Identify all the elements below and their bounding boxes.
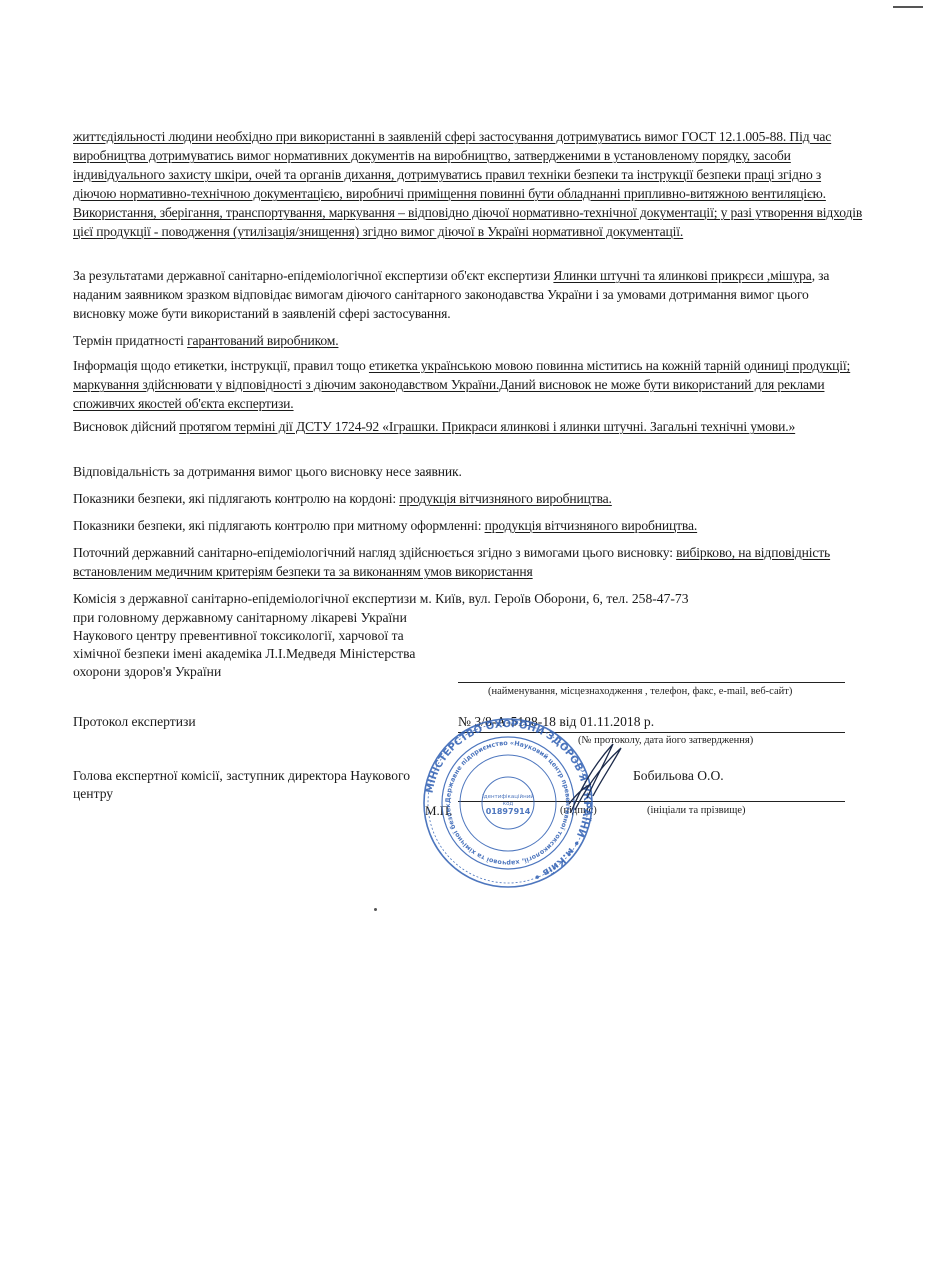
- text: Інформація щодо етикетки, інструкції, пр…: [73, 358, 369, 373]
- paragraph-safety-requirements: життєдіяльності людини необхідно при вик…: [73, 127, 863, 241]
- paragraph-supervision: Поточний державний санітарно-епідеміолог…: [73, 543, 863, 581]
- text: За результатами державної санітарно-епід…: [73, 268, 553, 283]
- signatory-title-line-2: центру: [73, 786, 113, 802]
- text: Показники безпеки, які підлягають контро…: [73, 518, 485, 533]
- paragraph-customs-control: Показники безпеки, які підлягають контро…: [73, 516, 863, 535]
- customs-control-value: продукція вітчизняного виробництва.: [485, 518, 698, 533]
- text: Термін придатності: [73, 333, 187, 348]
- svg-text:01897914: 01897914: [486, 807, 531, 816]
- signatory-title-line-1: Голова експертної комісії, заступник дир…: [73, 768, 410, 784]
- shelf-life-value: гарантований виробником.: [187, 333, 338, 348]
- scan-artifact-dot: [374, 908, 377, 911]
- paragraph-expertise-result: За результатами державної санітарно-епід…: [73, 266, 863, 323]
- paragraph-responsibility: Відповідальність за дотримання вимог цьо…: [73, 462, 863, 481]
- text: Висновок дійсний: [73, 419, 179, 434]
- commission-caption: (найменування, місцезнаходження , телефо…: [488, 686, 792, 697]
- signatory-name: Бобильова О.О.: [633, 768, 724, 784]
- commission-line-4: хімічної безпеки імені академіка Л.І.Мед…: [73, 646, 415, 662]
- text: Поточний державний санітарно-епідеміолог…: [73, 545, 676, 560]
- commission-underline: [458, 682, 845, 683]
- commission-line-3: Наукового центру превентивної токсиколог…: [73, 628, 404, 644]
- commission-line-5: охорони здоров'я України: [73, 664, 221, 680]
- document-page: життєдіяльності людини необхідно при вик…: [0, 0, 929, 1280]
- protocol-label: Протокол експертизи: [73, 714, 196, 730]
- text: Відповідальність за дотримання вимог цьо…: [73, 464, 462, 479]
- paragraph-validity: Висновок дійсний протягом терміні дії ДС…: [73, 417, 863, 436]
- border-control-value: продукція вітчизняного виробництва.: [399, 491, 612, 506]
- commission-line-1: Комісія з державної санітарно-епідеміоло…: [73, 591, 689, 607]
- object-name: Ялинки штучні та ялинкові прикрєси ,мішу…: [553, 268, 811, 283]
- text: Показники безпеки, які підлягають контро…: [73, 491, 399, 506]
- validity-value: протягом терміні дії ДСТУ 1724-92 «Іграш…: [179, 419, 795, 434]
- commission-line-2: при головному державному санітарному лік…: [73, 610, 407, 626]
- svg-text:Ідентифікаційний: Ідентифікаційний: [482, 793, 534, 800]
- corner-mark: [893, 6, 923, 8]
- signature-icon: [565, 738, 625, 818]
- paragraph-border-control: Показники безпеки, які підлягають контро…: [73, 489, 863, 508]
- name-caption: (ініціали та прізвище): [647, 805, 745, 816]
- paragraph-labeling-info: Інформація щодо етикетки, інструкції, пр…: [73, 356, 863, 413]
- paragraph-shelf-life: Термін придатності гарантований виробник…: [73, 331, 863, 350]
